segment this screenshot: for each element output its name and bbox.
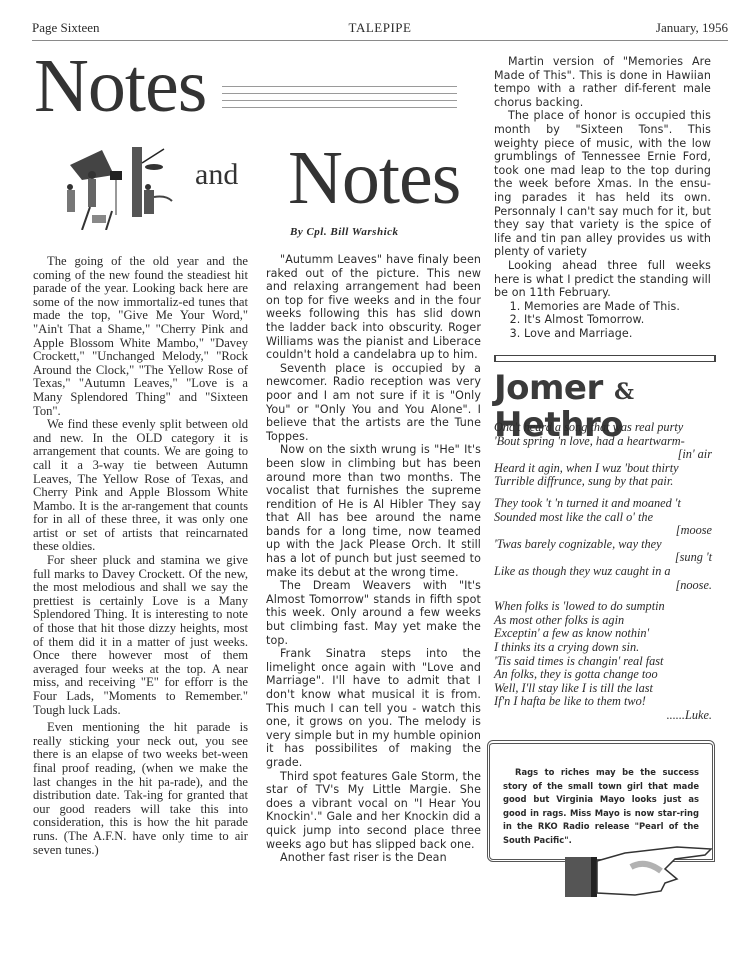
poem-signature: ......Luke. — [494, 709, 712, 723]
poem-line: 'Twas barely cognizable, way they — [494, 538, 712, 552]
paragraph: We find these evenly split between old a… — [33, 418, 248, 554]
title-word-1: Notes — [34, 48, 206, 124]
poem-line: They took 't 'n turned it and moaned 't — [494, 497, 712, 511]
poem-title-ampersand: & — [614, 379, 633, 405]
poem-line: When folks is 'lowed to do sumptin — [494, 600, 712, 614]
article-column-1: The going of the old year and the coming… — [33, 255, 248, 857]
poem-line: Onc't heard a song that was real purty — [494, 421, 712, 435]
prediction-item: Memories are Made of This. — [524, 300, 711, 314]
paragraph: Frank Sinatra steps into the limelight o… — [266, 647, 481, 769]
orchestra-illustration-icon — [62, 145, 174, 230]
paragraph: "Autumm Leaves" have finaly been raked o… — [266, 253, 481, 362]
byline: By Cpl. Bill Warshick — [290, 226, 399, 238]
paragraph: Third spot features Gale Storm, the star… — [266, 770, 481, 852]
article-column-2: "Autumm Leaves" have finaly been raked o… — [266, 253, 481, 865]
poem-line: An folks, they is gotta change too — [494, 668, 712, 682]
poem-line: [sung 't — [494, 551, 712, 565]
pointing-hand-icon — [565, 845, 715, 907]
paragraph: The place of honor is occupied this mont… — [494, 109, 711, 259]
issue-date: January, 1956 — [656, 20, 728, 36]
poem-body: Onc't heard a song that was real purty '… — [494, 421, 712, 722]
title-connector: and — [195, 158, 238, 192]
poem-line: [moose — [494, 524, 712, 538]
paragraph: The going of the old year and the coming… — [33, 255, 248, 418]
paragraph: Martin version of "Memories Are Made of … — [494, 55, 711, 109]
paragraph: The Dream Weavers with "It's Almost Tomo… — [266, 579, 481, 647]
paragraph: For sheer pluck and stamina we give full… — [33, 554, 248, 717]
title-word-2: Notes — [288, 140, 460, 216]
article-column-3: Martin version of "Memories Are Made of … — [494, 55, 711, 340]
poem-line: I thinks its a crying down sin. — [494, 641, 712, 655]
paragraph: Looking ahead three full weeks here is w… — [494, 259, 711, 300]
paragraph: Even mentioning the hit parade is really… — [33, 721, 248, 857]
poem-line: Heard it agin, when I wuz 'bout thirty — [494, 462, 712, 476]
page-header: Page Sixteen TALEPIPE January, 1956 — [32, 0, 728, 41]
poem-line: 'Bout spring 'n love, had a heartwarm- — [494, 435, 712, 449]
paragraph: Now on the sixth wrung is "He" It's been… — [266, 443, 481, 579]
music-staff-lines — [222, 86, 457, 114]
section-divider — [494, 355, 716, 362]
poem-line: [noose. — [494, 579, 712, 593]
poem-title-part-1: Jomer — [494, 368, 603, 408]
publication-name: TALEPIPE — [32, 20, 728, 36]
ad-paragraph: Rags to riches may be the success story … — [503, 766, 699, 847]
poem-line: As most other folks is agin — [494, 614, 712, 628]
poem-line: If'n I hafta be like to them two! — [494, 695, 712, 709]
poem-line: 'Tis said times is changin' real fast — [494, 655, 712, 669]
poem-line: Exceptin' a few as know nothin' — [494, 627, 712, 641]
paragraph: Another fast riser is the Dean — [266, 851, 481, 865]
poem-line: Like as though they wuz caught in a — [494, 565, 712, 579]
ad-box-text: Rags to riches may be the success story … — [503, 766, 699, 847]
prediction-item: It's Almost Tomorrow. — [524, 313, 711, 327]
paragraph: Seventh place is occupied by a newcomer.… — [266, 362, 481, 444]
prediction-item: Love and Marriage. — [524, 327, 711, 341]
poem-line: [in' air — [494, 448, 712, 462]
prediction-list: Memories are Made of This. It's Almost T… — [494, 300, 711, 341]
poem-line: Sounded most like the call o' the — [494, 511, 712, 525]
poem-line: Turrible diffrunce, sung by that pair. — [494, 475, 712, 489]
poem-line: Well, I'll stay like I is till the last — [494, 682, 712, 696]
